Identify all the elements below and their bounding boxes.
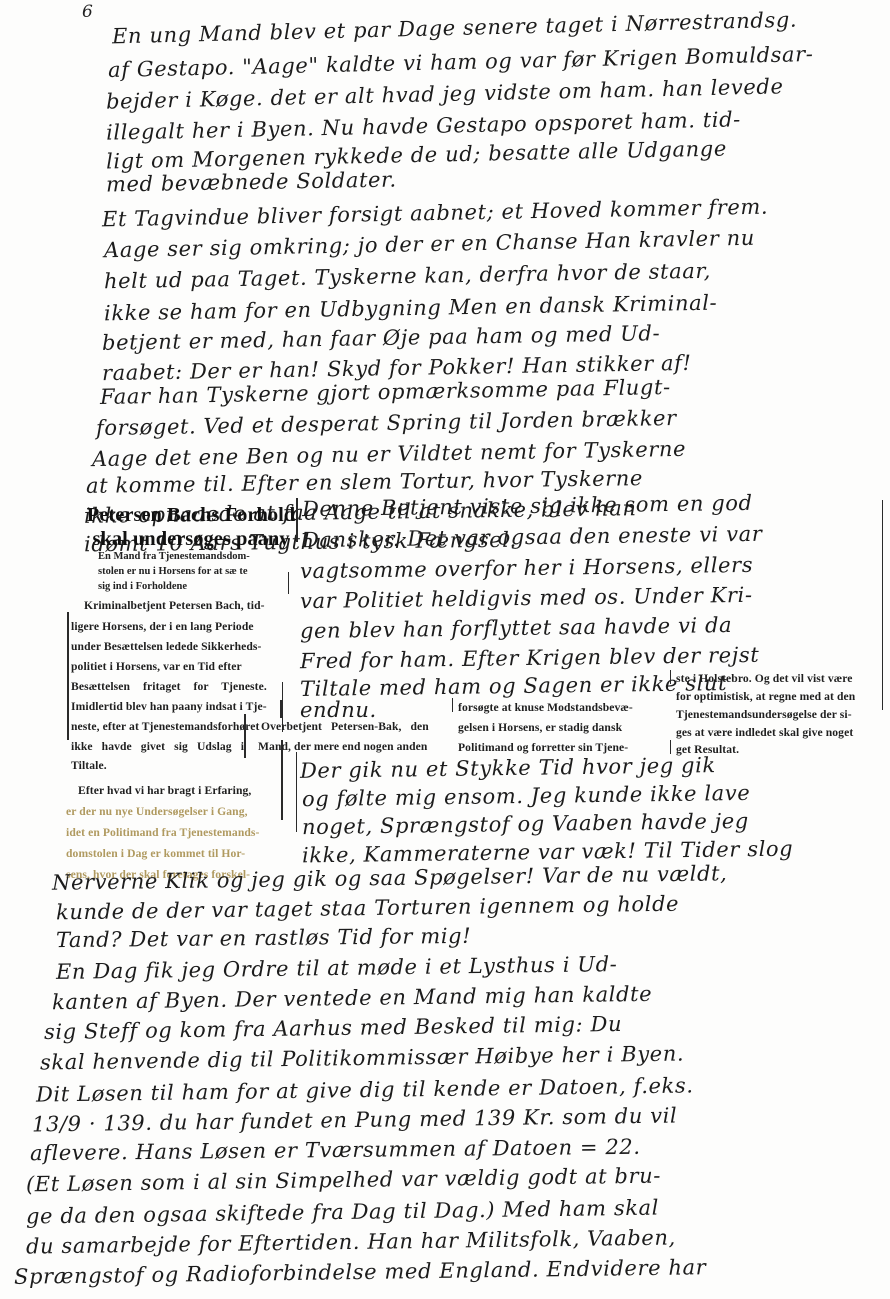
handwritten-line: Der gik nu et Stykke Tid hvor jeg gik [300,755,716,782]
handwritten-line: med bevæbnede Soldater. [106,169,397,195]
handwritten-line: Aage det ene Ben og nu er Vildtet nemt f… [92,439,686,470]
handwritten-line: ikke se ham for en Udbygning Men en dans… [104,293,718,325]
handwritten-line: betjent er med, han faar Øje paa ham og … [102,323,661,354]
clipping-text-line: politiet i Horsens, var en Tid efter [71,661,242,673]
handwritten-line: kanten af Byen. Der ventede en Mand mig … [52,984,652,1013]
clipping-text-line: domstolen i Dag er kommet til Hor- [66,848,245,860]
handwritten-line: var Politiet heldigvis med os. Under Kri… [300,585,753,612]
handwritten-line: du samarbejde for Eftertiden. Han har Mi… [26,1227,676,1257]
clipping-text-line: ikke havde givet sig Udslag i [71,741,244,753]
clipping-text-line: neste, efter at Tjenestemandsforhøret [71,721,260,733]
clipping-border [67,612,69,740]
clipping-text-line: under Besættelsen ledede Sikkerheds- [71,641,262,653]
handwritten-line: helt ud paa Taget. Tyskerne kan, derfra … [104,261,711,293]
handwritten-line: noget, Sprængstof og Vaaben havde jeg [302,811,749,838]
handwritten-line: Et Tagvindue bliver forsigt aabnet; et H… [102,197,769,231]
clipping-text-line: Efter hvad vi har bragt i Erfaring, [78,785,251,797]
clipping-text-line: idet en Politimand fra Tjenestemands- [66,827,260,839]
page-number: 6 [82,2,93,22]
clipping-text-line: Kriminalbetjent Petersen Bach, tid- [84,600,265,612]
clipping-text-line: forsøgte at knuse Modstandsbevæ- [458,702,633,714]
clipping-text-line: for optimistisk, at regne med at den [676,691,855,703]
document-page: 6 En ung Mand blev et par Dage senere ta… [0,0,890,1299]
handwritten-line: gen blev han forflyttet saa havde vi da [300,615,732,642]
handwritten-line: Dansker. Det var ogsaa den eneste vi var [302,524,763,551]
clipping-border [452,698,453,712]
handwritten-line: (Et Løsen som i al sin Simpelhed var væl… [26,1166,661,1196]
handwritten-line: forsøget. Ved et desperat Spring til Jor… [96,408,677,439]
clipping-text-line: Imidlertid blev han paany indsat i Tje- [71,701,267,713]
handwritten-line: sig Steff og kom fra Aarhus med Besked t… [44,1014,622,1043]
clipping-text-line: Tiltale. [71,760,107,772]
handwritten-line: Tiltale med ham og Sagen er ikke slut [300,673,727,700]
handwritten-line: ge da den ogsaa skiftede fra Dag til Dag… [26,1198,659,1228]
handwritten-line: Dit Løsen til ham for at give dig til ke… [36,1075,694,1105]
clipping-border [244,714,246,758]
clipping-headline: Petersen Bachs Forhold skal undersøges p… [84,504,298,551]
handwritten-line: endnu. [300,700,377,721]
handwritten-line: Aage ser sig omkring; jo der er en Chans… [104,228,755,261]
clipping-border [288,572,289,594]
handwritten-line: skal henvende dig til Politikommissær Hø… [40,1044,684,1074]
handwritten-line: kunde de der var taget staa Torturen ige… [56,894,679,924]
handwritten-line: og følte mig ensom. Jeg kunde ikke lave [302,783,751,810]
handwritten-line: Fred for ham. Efter Krigen blev der rejs… [300,645,760,672]
clipping-border [670,670,671,684]
handwritten-line: Sprængstof og Radioforbindelse med Engla… [14,1257,707,1288]
clipping-text-line: ligere Horsens, der i en lang Periode [71,621,254,633]
clipping-border [882,500,883,710]
handwritten-line: ligt om Morgenen rykkede de ud; besatte … [106,139,727,173]
clipping-text-line: Politimand og forretter sin Tjene- [458,742,628,754]
clipping-text-line: Mand, der mere end nogen anden [258,741,427,753]
handwritten-line: 13/9 · 139. du har fundet en Pung med 13… [32,1105,678,1135]
clipping-text-line: Overbetjent Petersen-Bak, den [261,721,429,733]
clipping-border [280,700,282,718]
handwritten-line: bejder i Køge. det er alt hvad jeg vidst… [106,76,784,112]
clipping-text-line: Besættelsen fritaget for Tjeneste. [71,681,267,693]
clipping-subheading: En Mand fra Tjenestemandsdom- stolen er … [98,549,288,594]
handwritten-line: Tand? Det var en rastløs Tid for mig! [56,926,471,951]
handwritten-line: aflevere. Hans Løsen er Tværsummen af Da… [30,1137,641,1164]
handwritten-line: En Dag fik jeg Ordre til at møde i et Ly… [56,954,618,983]
handwritten-line: Denne Betjent viste sig ikke som en god [302,493,753,520]
clipping-text-line: Tjenestemandsundersøgelse der si- [676,709,852,721]
clipping-border [296,752,297,832]
clipping-text-line: er der nu nye Undersøgelser i Gang, [66,806,248,818]
clipping-text-line: ges at være indledet skal give noget [676,727,853,739]
clipping-text-line: ste i Holstebro. Og det vil vist være [676,673,853,685]
clipping-text-line: gelsen i Horsens, er stadig dansk [458,722,622,734]
clipping-border [670,740,671,754]
handwritten-line: vagtsomme overfor her i Horsens, ellers [300,555,753,582]
handwritten-line: En ung Mand blev et par Dage senere tage… [112,10,798,48]
